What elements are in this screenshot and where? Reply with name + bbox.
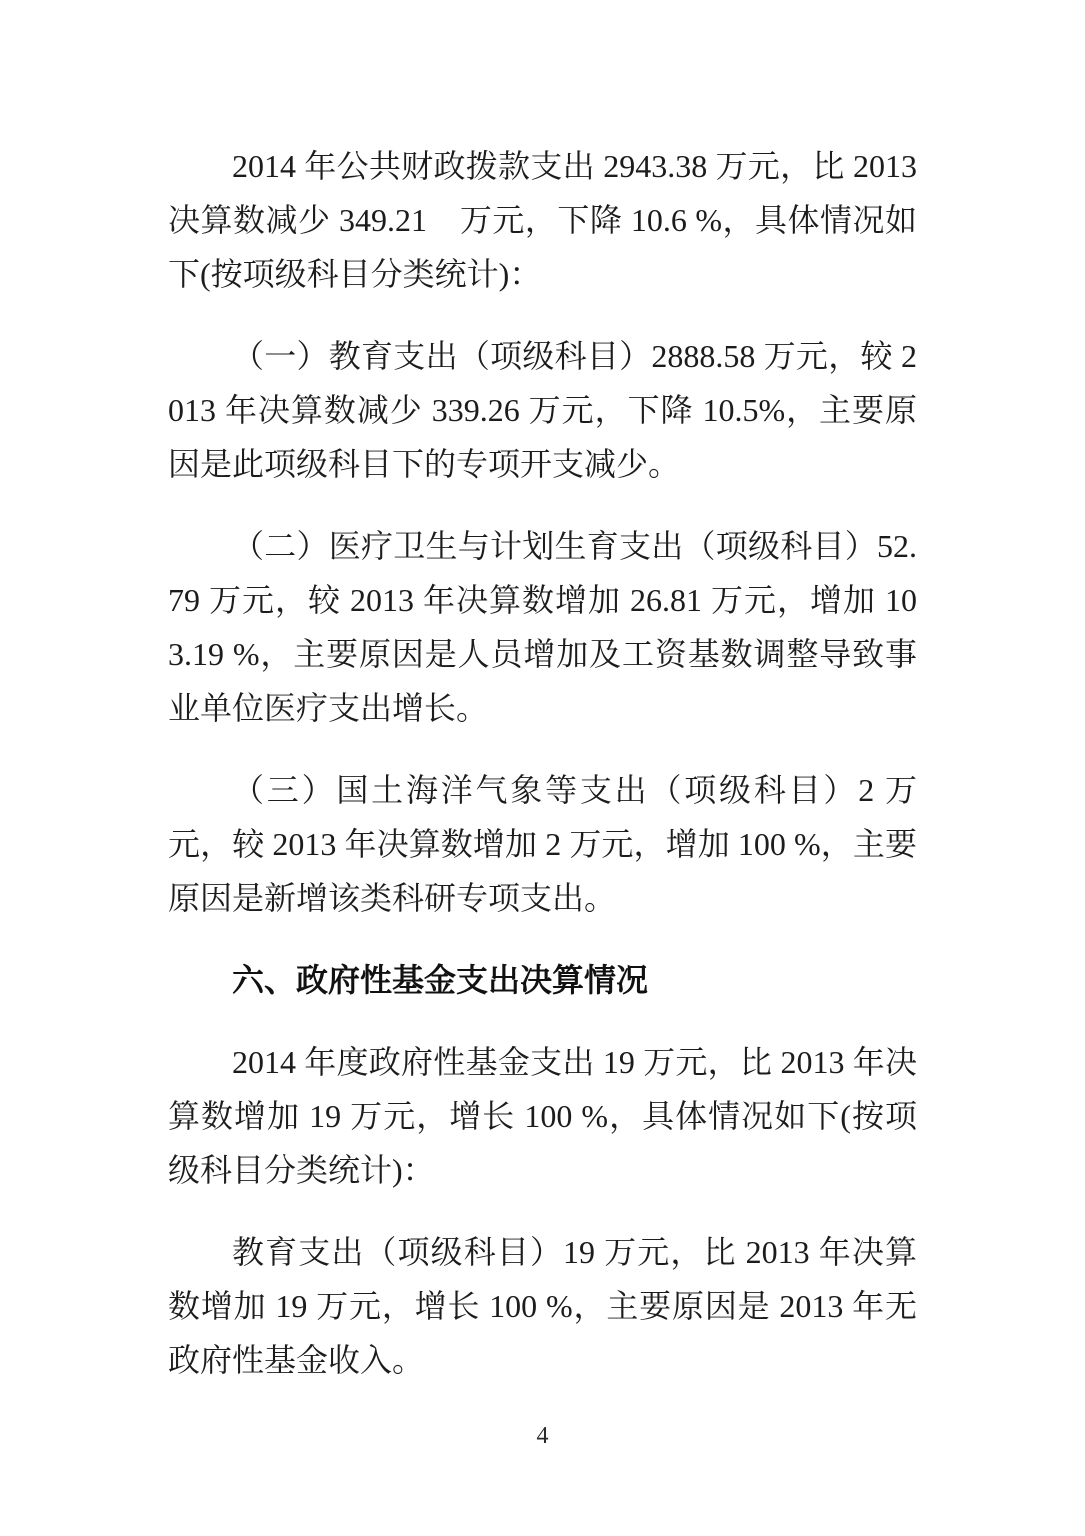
page-number: 4 [0,1424,1085,1448]
paragraph-government-fund-expenditure: 2014 年度政府性基金支出 19 万元，比 2013 年决算数增加 19 万元… [168,1035,917,1197]
document-body: 2014 年公共财政拨款支出 2943.38 万元，比 2013 决算数减少 3… [168,139,917,1387]
paragraph-item-2-health: （二）医疗卫生与计划生育支出（项级科目）52.79 万元，较 2013 年决算数… [168,519,917,735]
document-page: 2014 年公共财政拨款支出 2943.38 万元，比 2013 决算数减少 3… [0,0,1085,1536]
section-heading-government-fund: 六、政府性基金支出决算情况 [168,953,917,1007]
paragraph-item-3-land-ocean-meteorology: （三）国土海洋气象等支出（项级科目）2 万元，较 2013 年决算数增加 2 万… [168,763,917,925]
paragraph-item-1-education: （一）教育支出（项级科目）2888.58 万元，较 2013 年决算数减少 33… [168,329,917,491]
paragraph-public-finance-expenditure: 2014 年公共财政拨款支出 2943.38 万元，比 2013 决算数减少 3… [168,139,917,301]
paragraph-fund-education: 教育支出（项级科目）19 万元，比 2013 年决算数增加 19 万元，增长 1… [168,1225,917,1387]
